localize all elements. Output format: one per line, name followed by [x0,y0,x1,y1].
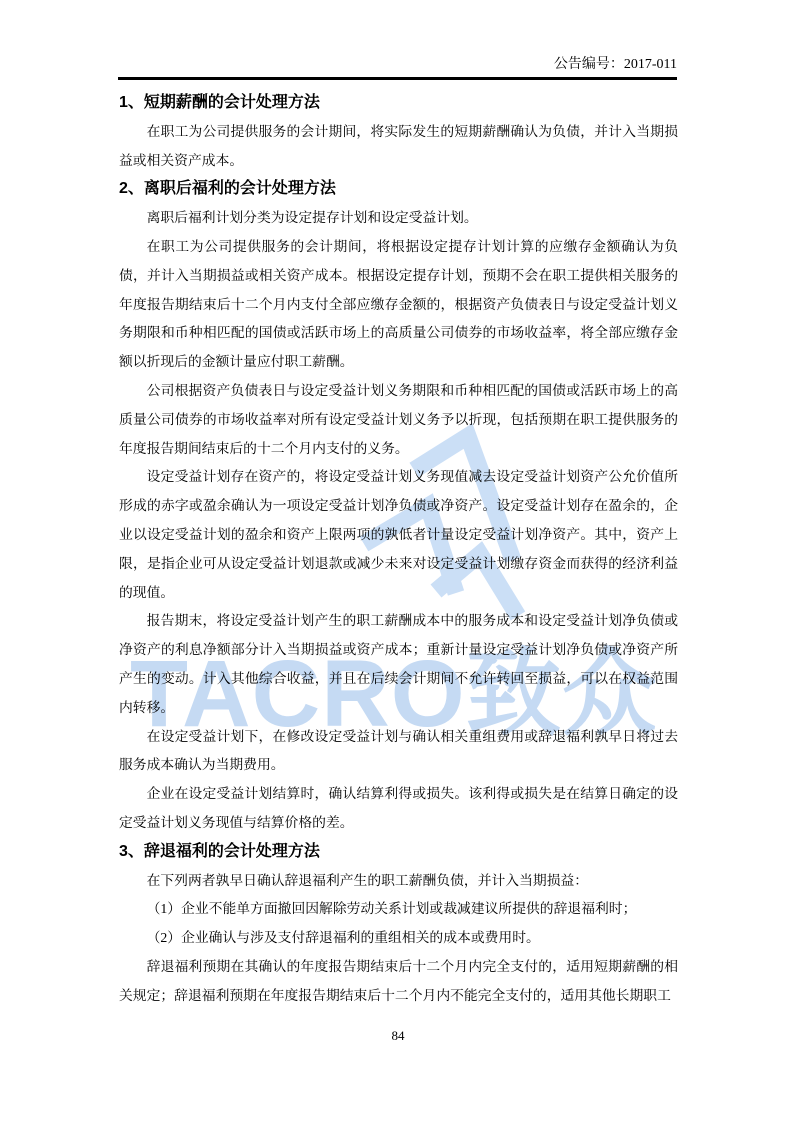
page-number: 84 [119,1026,677,1046]
paragraph-5: 设定受益计划存在资产的，将设定受益计划义务现值减去设定受益计划资产公允价值所形成… [119,463,678,607]
header-rule [118,77,677,80]
section-heading-2: 2、离职后福利的会计处理方法 [119,175,678,204]
paragraph-11: （2）企业确认与涉及支付辞退福利的重组相关的成本或费用时。 [119,924,678,953]
section-heading-1: 1、短期薪酬的会计处理方法 [119,89,678,118]
paragraph-3: 在职工为公司提供服务的会计期间，将根据设定提存计划计算的应缴存金额确认为负债，并… [119,233,678,377]
paragraph-8: 企业在设定受益计划结算时，确认结算利得或损失。该利得或损失是在结算日确定的设定受… [119,780,678,838]
paragraph-6: 报告期末，将设定受益计划产生的职工薪酬成本中的服务成本和设定受益计划净负债或净资… [119,607,678,722]
announcement-number: 公告编号：2017-011 [119,55,677,75]
paragraph-7: 在设定受益计划下，在修改设定受益计划与确认相关重组费用或辞退福利孰早日将过去服务… [119,723,678,781]
paragraph-2: 离职后福利计划分类为设定提存计划和设定受益计划。 [119,204,678,233]
paragraph-4: 公司根据资产负债表日与设定受益计划义务期限和币种相匹配的国债或活跃市场上的高质量… [119,377,678,463]
section-heading-3: 3、辞退福利的会计处理方法 [119,838,678,867]
paragraph-12: 辞退福利预期在其确认的年度报告期结束后十二个月内完全支付的，适用短期薪酬的相关规… [119,953,678,1011]
paragraph-9: 在下列两者孰早日确认辞退福利产生的职工薪酬负债，并计入当期损益： [119,867,678,896]
paragraph-10: （1）企业不能单方面撤回因解除劳动关系计划或裁减建议所提供的辞退福利时； [119,895,678,924]
document-page: TACRO致众 公告编号：2017-011 1、短期薪酬的会计处理方法在职工为公… [0,0,794,1123]
paragraph-1: 在职工为公司提供服务的会计期间，将实际发生的短期薪酬确认为负债，并计入当期损益或… [119,118,678,176]
document-body: 1、短期薪酬的会计处理方法在职工为公司提供服务的会计期间，将实际发生的短期薪酬确… [119,89,678,1011]
